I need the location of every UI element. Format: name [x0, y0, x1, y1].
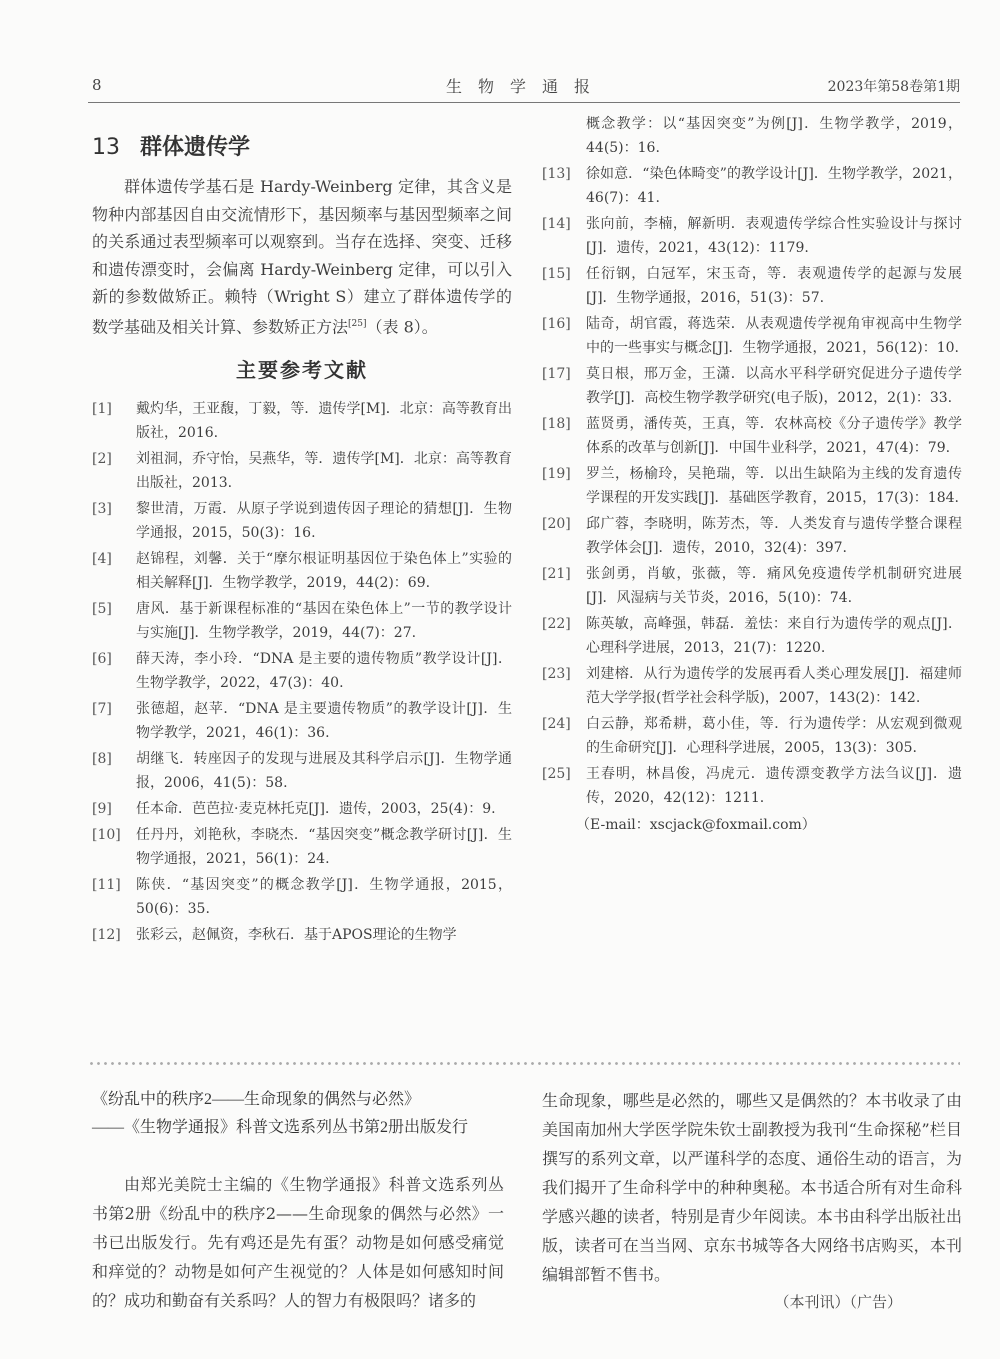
reference-continuation: 概念教学：以“基因突变”为例[J]．生物学教学，2019，44(5)：16.: [542, 112, 962, 160]
announcement-title-line1: 《纷乱中的秩序2——生命现象的偶然与必然》: [92, 1086, 512, 1114]
reference-text: 唐风．基于新课程标准的“基因在染色体上”一节的教学设计与实施[J]．生物学教学，…: [136, 601, 512, 641]
reference-text: 陈侠．“基因突变”的概念教学[J]．生物学通报，2015，50(6)：35.: [136, 877, 512, 917]
reference-item: [20]邱广蓉，李晓明，陈芳杰，等．人类发育与遗传学整合课程教学体会[J]．遗传…: [542, 512, 962, 560]
reference-number: [7]: [92, 697, 112, 721]
announcement-para-left: 由郑光美院士主编的《生物学通报》科普文选系列丛书第2册《纷乱中的秩序2——生命现…: [92, 1170, 504, 1315]
reference-text: 张剑勇，肖敏，张薇，等．痛风免疫遗传学机制研究进展[J]．风湿病与关节炎，201…: [586, 566, 962, 606]
reference-item: [14]张向前，李楠，解新明．表观遗传学综合性实验设计与探讨[J]．遗传，202…: [542, 212, 962, 260]
reference-number: [13]: [542, 162, 571, 186]
reference-item: [22]陈英敏，高峰强，韩磊．羞怯：来自行为遗传学的观点[J]．心理科学进展，2…: [542, 612, 962, 660]
reference-text: 白云静，郑希耕，葛小佳，等．行为遗传学：从宏观到微观的生命研究[J]．心理科学进…: [586, 716, 962, 756]
reference-number: [11]: [92, 873, 121, 897]
reference-number: [9]: [92, 797, 112, 821]
reference-item: [3]黎世清，万霞．从原子学说到遗传因子理论的猜想[J]．生物学通报，2015，…: [92, 497, 512, 545]
reference-number: [16]: [542, 312, 571, 336]
announcement-signature: （本刊讯）（广告）: [542, 1291, 962, 1312]
author-email[interactable]: （E-mail：xscjack@foxmail.com）: [542, 814, 962, 834]
right-column: 概念教学：以“基因突变”为例[J]．生物学教学，2019，44(5)：16. […: [542, 112, 962, 834]
reference-text: 任丹丹，刘艳秋，李晓杰．“基因突变”概念教学研讨[J]．生物学通报，2021，5…: [136, 827, 512, 867]
reference-item: [1]戴灼华，王亚馥，丁毅，等．遗传学[M]．北京：高等教育出版社，2016.: [92, 397, 512, 445]
reference-number: [22]: [542, 612, 571, 636]
reference-text: 薛天涛，李小玲．“DNA 是主要的遗传物质”教学设计[J]．生物学教学，2022…: [136, 651, 512, 691]
reference-text: 张彩云，赵佩资，李秋石．基于APOS理论的生物学: [136, 927, 457, 943]
running-header: 8 生物学通报 2023年第58卷第1期: [92, 74, 960, 98]
body-text: 群体遗传学基石是 Hardy-Weinberg 定律，其含义是物种内部基因自由交…: [92, 177, 512, 336]
announcement-title-line2: ——《生物学通报》科普文选系列丛书第2册出版发行: [92, 1114, 512, 1142]
reference-text: 邱广蓉，李晓明，陈芳杰，等．人类发育与遗传学整合课程教学体会[J]．遗传，201…: [586, 516, 962, 556]
reference-text: 陈英敏，高峰强，韩磊．羞怯：来自行为遗传学的观点[J]．心理科学进展，2013，…: [586, 616, 962, 656]
ornamental-divider: [88, 1061, 960, 1066]
reference-number: [15]: [542, 262, 571, 286]
reference-number: [20]: [542, 512, 571, 536]
references-heading: 主要参考文献: [92, 354, 512, 383]
reference-number: [25]: [542, 762, 571, 786]
reference-text: 张向前，李楠，解新明．表观遗传学综合性实验设计与探讨[J]．遗传，2021，43…: [586, 216, 962, 256]
header-rule: [88, 102, 960, 103]
reference-item: [2]刘祖洞，乔守怡，吴燕华，等．遗传学[M]．北京：高等教育出版社，2013.: [92, 447, 512, 495]
citation-ref[interactable]: [25]: [348, 319, 366, 329]
reference-text: 赵锦程，刘馨．关于“摩尔根证明基因位于染色体上”实验的相关解释[J]．生物学教学…: [136, 551, 512, 591]
reference-item: [9]任本命．芭芭拉·麦克林托克[J]．遗传，2003，25(4)：9.: [92, 797, 512, 821]
reference-text: 刘建榕．从行为遗传学的发展再看人类心理发展[J]．福建师范大学学报(哲学社会科学…: [586, 666, 962, 706]
reference-item: [15]任衍钢，白冠军，宋玉奇，等．表观遗传学的起源与发展[J]．生物学通报，2…: [542, 262, 962, 310]
announcement-para-right: 生命现象，哪些是必然的，哪些又是偶然的？本书收录了由美国南加州大学医学院朱钦士副…: [542, 1086, 962, 1289]
reference-number: [12]: [92, 923, 121, 947]
reference-number: [1]: [92, 397, 112, 421]
left-column: 13群体遗传学 群体遗传学基石是 Hardy-Weinberg 定律，其含义是物…: [92, 126, 512, 949]
reference-item: [12]张彩云，赵佩资，李秋石．基于APOS理论的生物学: [92, 923, 512, 947]
reference-text: 罗兰，杨榆玲，吴艳瑞，等．以出生缺陷为主线的发育遗传学课程的开发实践[J]．基础…: [586, 466, 962, 506]
reference-text: 王春明，林昌俊，冯虎元．遗传漂变教学方法刍议[J]．遗传，2020，42(12)…: [586, 766, 962, 806]
reference-text: 徐如意．“染色体畸变”的教学设计[J]．生物学教学，2021，46(7)：41.: [586, 166, 962, 206]
reference-text: 黎世清，万霞．从原子学说到遗传因子理论的猜想[J]．生物学通报，2015，50(…: [136, 501, 512, 541]
reference-text: 刘祖洞，乔守怡，吴燕华，等．遗传学[M]．北京：高等教育出版社，2013.: [136, 451, 512, 491]
reference-item: [4]赵锦程，刘馨．关于“摩尔根证明基因位于染色体上”实验的相关解释[J]．生物…: [92, 547, 512, 595]
reference-number: [2]: [92, 447, 112, 471]
reference-item: [19]罗兰，杨榆玲，吴艳瑞，等．以出生缺陷为主线的发育遗传学课程的开发实践[J…: [542, 462, 962, 510]
reference-text: 张德超，赵苹．“DNA 是主要遗传物质”的教学设计[J]．生物学教学，2021，…: [136, 701, 512, 741]
reference-text: 概念教学：以“基因突变”为例[J]．生物学教学，2019，44(5)：16.: [586, 116, 962, 156]
reference-number: [10]: [92, 823, 121, 847]
section-body: 群体遗传学基石是 Hardy-Weinberg 定律，其含义是物种内部基因自由交…: [92, 173, 512, 340]
reference-text: 戴灼华，王亚馥，丁毅，等．遗传学[M]．北京：高等教育出版社，2016.: [136, 401, 512, 441]
reference-item: [17]莫日根，邢万金，王潇．以高水平科学研究促进分子遗传学教学[J]．高校生物…: [542, 362, 962, 410]
reference-item: [23]刘建榕．从行为遗传学的发展再看人类心理发展[J]．福建师范大学学报(哲学…: [542, 662, 962, 710]
reference-number: [6]: [92, 647, 112, 671]
reference-number: [8]: [92, 747, 112, 771]
reference-item: [24]白云静，郑希耕，葛小佳，等．行为遗传学：从宏观到微观的生命研究[J]．心…: [542, 712, 962, 760]
reference-number: [5]: [92, 597, 112, 621]
reference-list-right: [13]徐如意．“染色体畸变”的教学设计[J]．生物学教学，2021，46(7)…: [542, 162, 962, 810]
reference-item: [5]唐风．基于新课程标准的“基因在染色体上”一节的教学设计与实施[J]．生物学…: [92, 597, 512, 645]
reference-text: 任本命．芭芭拉·麦克林托克[J]．遗传，2003，25(4)：9.: [136, 801, 496, 817]
section-title: 群体遗传学: [140, 135, 250, 160]
reference-number: [19]: [542, 462, 571, 486]
reference-number: [24]: [542, 712, 571, 736]
reference-text: 胡继飞．转座因子的发现与进展及其科学启示[J]．生物学通报，2006，41(5)…: [136, 751, 512, 791]
reference-number: [17]: [542, 362, 571, 386]
issue-info: 2023年第58卷第1期: [828, 76, 960, 96]
reference-number: [3]: [92, 497, 112, 521]
reference-item: [8]胡继飞．转座因子的发现与进展及其科学启示[J]．生物学通报，2006，41…: [92, 747, 512, 795]
reference-item: [10]任丹丹，刘艳秋，李晓杰．“基因突变”概念教学研讨[J]．生物学通报，20…: [92, 823, 512, 871]
announcement-left: 由郑光美院士主编的《生物学通报》科普文选系列丛书第2册《纷乱中的秩序2——生命现…: [92, 1170, 504, 1315]
reference-number: [21]: [542, 562, 571, 586]
reference-item: [7]张德超，赵苹．“DNA 是主要遗传物质”的教学设计[J]．生物学教学，20…: [92, 697, 512, 745]
announcement-right: 生命现象，哪些是必然的，哪些又是偶然的？本书收录了由美国南加州大学医学院朱钦士副…: [542, 1086, 962, 1312]
reference-number: [18]: [542, 412, 571, 436]
reference-item: [25]王春明，林昌俊，冯虎元．遗传漂变教学方法刍议[J]．遗传，2020，42…: [542, 762, 962, 810]
reference-item: [13]徐如意．“染色体畸变”的教学设计[J]．生物学教学，2021，46(7)…: [542, 162, 962, 210]
reference-number: [4]: [92, 547, 112, 571]
section-heading: 13群体遗传学: [92, 130, 512, 161]
reference-list-left: [1]戴灼华，王亚馥，丁毅，等．遗传学[M]．北京：高等教育出版社，2016.[…: [92, 397, 512, 947]
section-number: 13: [92, 135, 120, 160]
reference-number: [23]: [542, 662, 571, 686]
reference-item: [16]陆奇，胡官霞，蒋选荣．从表观遗传学视角审视高中生物学中的一些事实与概念[…: [542, 312, 962, 360]
announcement-title: 《纷乱中的秩序2——生命现象的偶然与必然》 ——《生物学通报》科普文选系列丛书第…: [92, 1086, 512, 1142]
reference-item: [18]蓝贤勇，潘传英，王真，等．农林高校《分子遗传学》教学体系的改革与创新[J…: [542, 412, 962, 460]
reference-text: 蓝贤勇，潘传英，王真，等．农林高校《分子遗传学》教学体系的改革与创新[J]．中国…: [586, 416, 962, 456]
reference-number: [14]: [542, 212, 571, 236]
reference-item: [6]薛天涛，李小玲．“DNA 是主要的遗传物质”教学设计[J]．生物学教学，2…: [92, 647, 512, 695]
body-text-end: （表 8）。: [367, 317, 438, 336]
reference-item: [11]陈侠．“基因突变”的概念教学[J]．生物学通报，2015，50(6)：3…: [92, 873, 512, 921]
reference-item: [21]张剑勇，肖敏，张薇，等．痛风免疫遗传学机制研究进展[J]．风湿病与关节炎…: [542, 562, 962, 610]
reference-text: 陆奇，胡官霞，蒋选荣．从表观遗传学视角审视高中生物学中的一些事实与概念[J]．生…: [586, 316, 962, 356]
reference-text: 莫日根，邢万金，王潇．以高水平科学研究促进分子遗传学教学[J]．高校生物学教学研…: [586, 366, 962, 406]
reference-text: 任衍钢，白冠军，宋玉奇，等．表观遗传学的起源与发展[J]．生物学通报，2016，…: [586, 266, 962, 306]
